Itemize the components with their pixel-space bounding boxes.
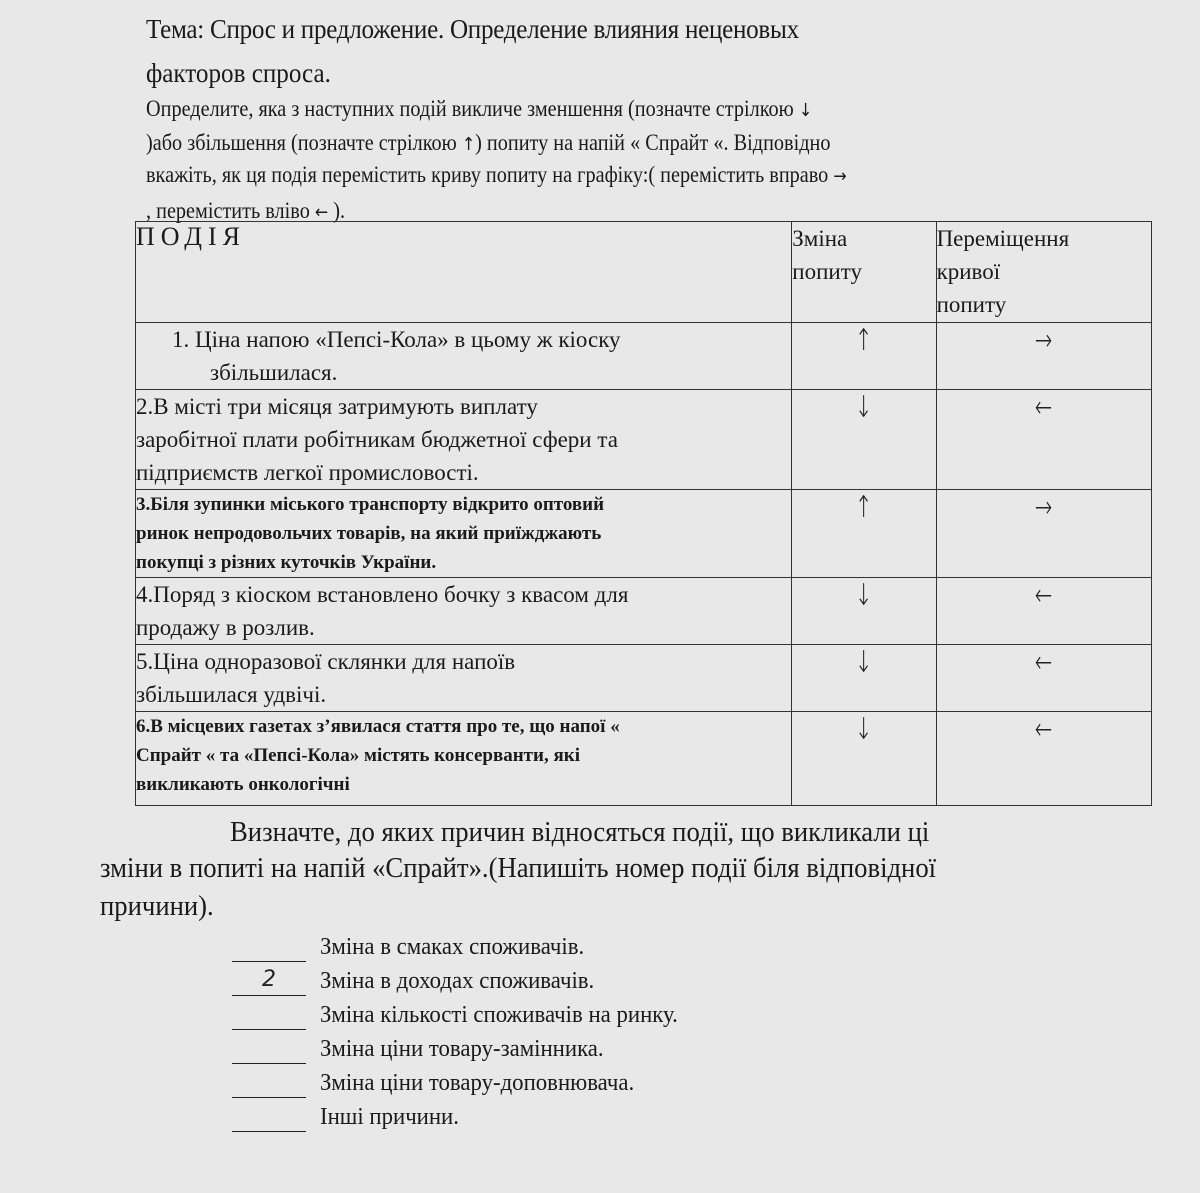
reason-item: Зміна кількості споживачів на ринку. [232,996,697,1030]
event-text: 1. Ціна напою «Пепсі-Кола» в цьому ж кіо… [136,323,791,356]
reasons-list: Зміна в смаках споживачів. 2 Зміна в дох… [232,928,697,1132]
reason-item: Зміна ціни товару-замінника. [232,1030,697,1064]
arrow-left-icon: ← [315,202,328,223]
header-text: попиту [792,255,935,288]
event-text: 6.В місцевих газетах з’явилася стаття пр… [136,712,791,741]
arrow-right-icon: → [1035,323,1053,358]
event-cell: 2.В місті три місяця затримують виплату … [136,390,792,490]
arrow-left-icon: ← [1035,390,1053,425]
table-row: 6.В місцевих газетах з’явилася стаття пр… [136,712,1152,806]
event-text: 4.Поряд з кіоском встановлено бочку з кв… [136,578,791,611]
demand-change-cell[interactable]: ↓ [792,645,936,712]
arrow-down-icon: ↓ [799,100,812,121]
reason-label: Зміна ціни товару-замінника. [320,1034,604,1064]
curve-shift-cell[interactable]: ← [936,578,1151,645]
question-line-1: Визначте, до яких причин відносяться под… [230,816,929,849]
table-row: 2.В місті три місяця затримують виплату … [136,390,1152,490]
instructions-text: , перемістить вліво [146,198,310,223]
header-text: Переміщення [937,222,1151,255]
arrow-right-icon: → [1035,490,1053,525]
event-text: покупці з різних куточків України. [136,548,791,577]
reason-label: Зміна ціни товару-доповнювача. [320,1068,634,1098]
instructions-line-3: вкажіть, як ця подія перемістить криву п… [146,162,847,188]
reason-item: Інші причини. [232,1098,697,1132]
arrow-up-icon: ↑ [462,134,475,155]
instructions-text: ) попиту на напій « Спрайт «. Відповідно [475,130,830,155]
event-text: збільшилася. [136,356,791,389]
answer-blank[interactable] [232,999,306,1030]
demand-change-cell[interactable]: ↓ [792,578,936,645]
event-text: 5.Ціна одноразової склянки для напоїв [136,645,791,678]
header-text: кривої [937,255,1151,288]
event-text: ринок непродовольчих товарів, на який пр… [136,519,791,548]
arrow-down-icon: ↓ [855,645,873,680]
table-header-row: ПОДІЯ Зміна попиту Переміщення кривої по… [136,222,1152,323]
header-event: ПОДІЯ [136,222,792,323]
question-line-3: причини). [100,890,214,923]
answer-blank[interactable] [232,931,306,962]
curve-shift-cell[interactable]: ← [936,390,1151,490]
demand-change-cell[interactable]: ↑ [792,323,936,390]
reason-item: 2 Зміна в доходах споживачів. [232,962,697,996]
instructions-text: вкажіть, як ця подія перемістить криву п… [146,162,828,187]
event-cell: 4.Поряд з кіоском встановлено бочку з кв… [136,578,792,645]
reason-item: Зміна ціни товару-доповнювача. [232,1064,697,1098]
event-cell: 5.Ціна одноразової склянки для напоїв зб… [136,645,792,712]
event-cell: 3.Біля зупинки міського транспорту відкр… [136,490,792,578]
answer-blank[interactable]: 2 [232,965,306,996]
answer-blank[interactable] [232,1101,306,1132]
event-text: збільшилася удвічі. [136,678,791,711]
curve-shift-cell[interactable]: ← [936,712,1151,806]
arrow-down-icon: ↓ [855,390,873,425]
event-text: заробітної плати робітникам бюджетної сф… [136,423,791,456]
demand-change-cell[interactable]: ↑ [792,490,936,578]
reason-item: Зміна в смаках споживачів. [232,928,697,962]
page-title: Тема: Спрос и предложение. Определение в… [146,14,799,45]
reason-label: Інші причини. [320,1102,459,1132]
table-row: 3.Біля зупинки міського транспорту відкр… [136,490,1152,578]
table-row: 5.Ціна одноразової склянки для напоїв зб… [136,645,1152,712]
instructions-text: ). [333,198,345,223]
answer-blank[interactable] [232,1033,306,1064]
arrow-down-icon: ↓ [855,578,873,613]
arrow-left-icon: ← [1035,645,1053,680]
header-text: Зміна [792,222,935,255]
curve-shift-cell[interactable]: → [936,490,1151,578]
instructions-text: Определите, яка з наступних подій виклич… [146,96,794,121]
event-cell: 6.В місцевих газетах з’явилася стаття пр… [136,712,792,806]
arrow-up-icon: ↑ [855,323,873,358]
reason-label: Зміна в смаках споживачів. [320,932,584,962]
event-text: продажу в розлив. [136,611,791,644]
question-line-2: зміни в попиті на напій «Спрайт».(Напиші… [100,852,936,885]
instructions-line-2: )або збільшення (позначте стрілкою ↑) по… [146,130,830,156]
event-text: 3.Біля зупинки міського транспорту відкр… [136,490,791,519]
header-text: попиту [937,288,1151,321]
header-demand-change: Зміна попиту [792,222,936,323]
arrow-up-icon: ↑ [855,490,873,525]
event-text: підприємств легкої промисловості. [136,456,791,489]
arrow-down-icon: ↓ [855,712,873,747]
event-text: Спрайт « та «Пепсі-Кола» містять консерв… [136,741,791,770]
arrow-left-icon: ← [1035,578,1053,613]
table-row: 4.Поряд з кіоском встановлено бочку з кв… [136,578,1152,645]
event-text: 2.В місті три місяця затримують виплату [136,390,791,423]
instructions-line-1: Определите, яка з наступних подій виклич… [146,96,812,122]
reason-label: Зміна кількості споживачів на ринку. [320,1000,678,1030]
curve-shift-cell[interactable]: ← [936,645,1151,712]
events-table: ПОДІЯ Зміна попиту Переміщення кривої по… [135,221,1152,806]
demand-change-cell[interactable]: ↓ [792,390,936,490]
arrow-right-icon: → [833,166,846,187]
curve-shift-cell[interactable]: → [936,323,1151,390]
table-row: 1. Ціна напою «Пепсі-Кола» в цьому ж кіо… [136,323,1152,390]
demand-change-cell[interactable]: ↓ [792,712,936,806]
event-text: викликають онкологічні [136,770,791,799]
page-title-continued: факторов спроса. [146,58,331,89]
arrow-left-icon: ← [1035,712,1053,747]
event-cell: 1. Ціна напою «Пепсі-Кола» в цьому ж кіо… [136,323,792,390]
instructions-text: )або збільшення (позначте стрілкою [146,130,457,155]
answer-blank[interactable] [232,1067,306,1098]
reason-label: Зміна в доходах споживачів. [320,966,594,996]
header-curve-shift: Переміщення кривої попиту [936,222,1151,323]
